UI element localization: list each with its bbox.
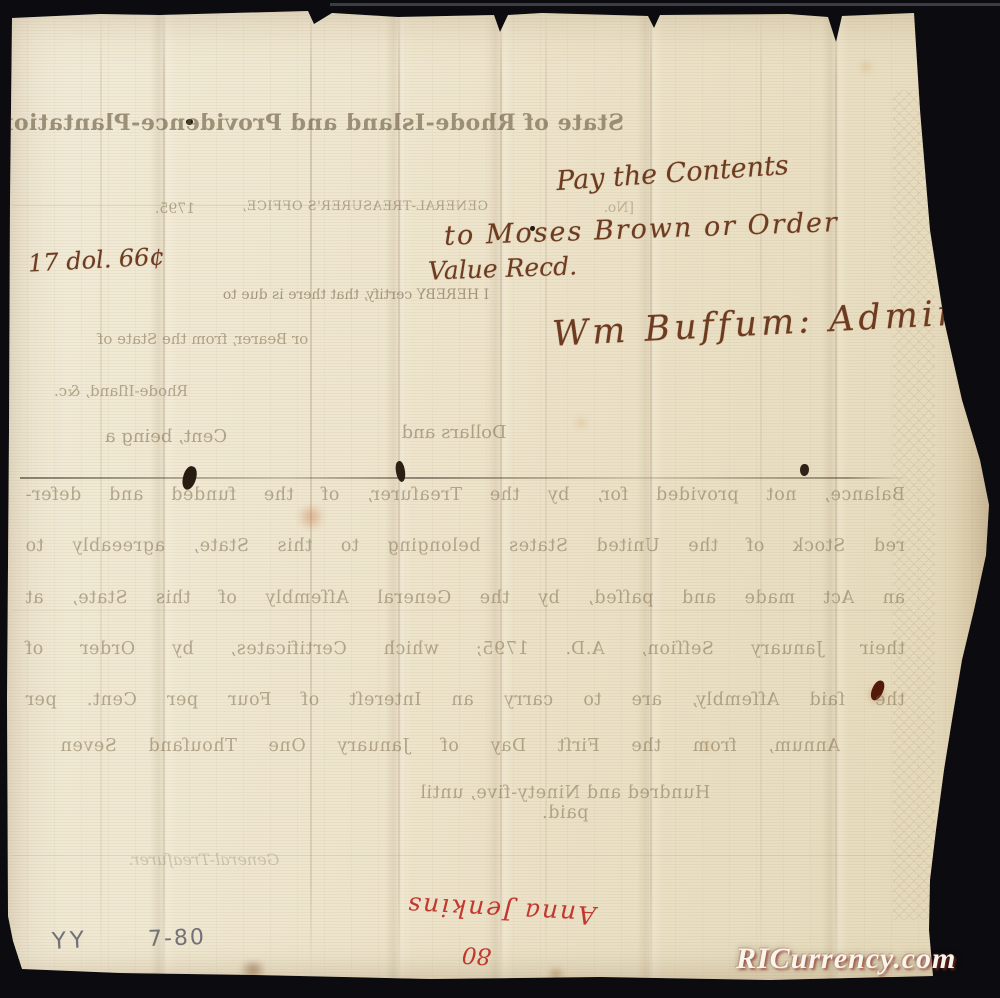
handwritten-signature: Wm Buffum: Admin	[551, 293, 964, 354]
print-body-line-mirrored: their January Seſſion, A.D. 1795; which …	[25, 639, 905, 659]
stain	[572, 416, 590, 430]
print-body-line-mirrored: Annum, from the Firſt Day of January One…	[60, 736, 840, 756]
print-state-line-mirrored: Rhode-Iſland, &c.	[52, 382, 190, 400]
print-treasurer-signature-mirrored: General-Treaſurer.	[95, 850, 313, 869]
fold-line	[398, 0, 400, 980]
stain	[868, 684, 886, 706]
handwritten-endorsement-line1: Pay the Contents	[555, 150, 790, 197]
print-body-line-mirrored: an Act made and paſſed, by the General A…	[25, 588, 905, 608]
center-fold-crease	[20, 477, 908, 479]
red-ink-number-inverted: 80	[461, 941, 492, 969]
print-year-mirrored: 1795.	[152, 201, 198, 217]
ink-blot	[800, 464, 809, 476]
stain	[700, 740, 714, 752]
print-bearer-line-mirrored: or Bearer, from the State of	[90, 330, 316, 348]
handwritten-endorsement-line2: to Moses Brown or Order	[444, 207, 840, 252]
ink-speck	[186, 119, 193, 125]
fold-line	[310, 0, 312, 980]
stain	[858, 60, 874, 74]
scanner-edge-line	[330, 3, 1000, 6]
pencil-mark: YY	[51, 927, 88, 955]
crease-line	[12, 855, 922, 856]
ink-speck	[530, 226, 535, 231]
fold-line	[163, 0, 165, 980]
crease-line	[12, 205, 462, 206]
print-body-line-mirrored: red Stock of the United States belonging…	[25, 536, 905, 556]
fold-line	[100, 0, 102, 980]
fold-line	[835, 0, 837, 980]
print-title-mirrored: State of Rhode-Island and Providence-Pla…	[72, 110, 624, 136]
fold-shadow	[822, 0, 848, 980]
stain	[295, 505, 327, 529]
print-certify-line-mirrored: I HEREBY certify, that there is due to	[220, 287, 492, 303]
print-number-label-mirrored: [No.	[592, 200, 634, 216]
handwritten-endorsement-line3: Value Recd.	[428, 251, 578, 285]
watermark-ricurrency: RICurrency.com	[736, 942, 956, 976]
ink-blot	[394, 460, 407, 482]
print-dollars-label-mirrored: Dollars and	[386, 422, 522, 443]
print-body-line-mirrored: Hundred and Ninety-five, until paid.	[400, 783, 730, 823]
paper-wire-texture	[893, 90, 935, 920]
fold-shadow	[150, 0, 176, 980]
fold-shadow	[487, 0, 513, 980]
fold-line	[760, 0, 762, 980]
red-ink-name-inverted: Anna Jenkins	[405, 891, 596, 930]
stain	[546, 968, 566, 980]
handwritten-amount-notation: 17 dol. 66¢	[27, 242, 165, 277]
fold-line	[650, 0, 652, 980]
red-ink-blot	[868, 679, 886, 703]
pencil-catalog-code: 7-80	[148, 925, 207, 952]
ink-blot	[180, 465, 198, 491]
fold-shadow	[385, 0, 411, 980]
fold-line	[545, 0, 547, 980]
print-office-line-mirrored: GENERAL-TREASURER'S OFFICE,	[288, 199, 488, 214]
print-body-line-mirrored: the ſaid Aſſembly, are to carry an Inter…	[25, 690, 905, 710]
scan-background: State of Rhode-Island and Providence-Pla…	[0, 0, 1000, 998]
document-paper: State of Rhode-Island and Providence-Pla…	[0, 0, 1000, 998]
fold-line	[500, 0, 502, 980]
crease-line	[12, 610, 912, 611]
print-body-line-mirrored: Balance, not provided for, by the Treaſu…	[25, 485, 905, 505]
print-cent-label-mirrored: Cent, being a	[85, 426, 247, 447]
stain	[236, 962, 270, 978]
fold-shadow	[637, 0, 663, 980]
